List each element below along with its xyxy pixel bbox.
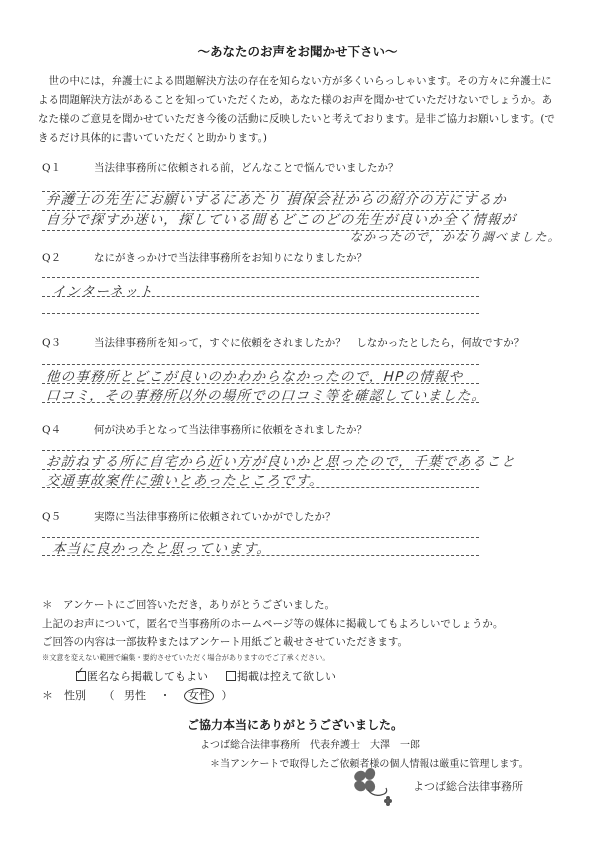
handwritten-answer-q1-line3: なかったので，かなり調べました。 (349, 228, 561, 245)
question-text: 当法律事務所を知って，すぐに依頼をされましたか？ しなかったとしたら，何故ですか… (94, 337, 524, 349)
checkmark-icon: ✓ (76, 666, 84, 677)
question-text: 実際に当法律事務所に依頼されていかがでしたか？ (94, 511, 336, 523)
checkbox-unchecked[interactable] (226, 671, 236, 681)
question-4: Q４何が決め手となって当法律事務所に依頼をされましたか？ (42, 422, 367, 437)
question-number: Q３ (42, 335, 94, 350)
handwritten-answer-q3-line1: 他の事務所とどこが良いのかわからなかったので，HPの情報や (45, 365, 464, 385)
question-number: Q５ (42, 509, 94, 524)
question-5: Q５実際に当法律事務所に依頼されていかがでしたか？ (42, 509, 336, 524)
question-1: Q１当法律事務所に依頼される前，どんなことで悩んでいましたか？ (42, 160, 399, 175)
handwritten-answer-q1-line2: 自分で探すか迷い，探している間もどこのどの先生が良いか全く情報が (45, 208, 517, 228)
gender-option-female-circled[interactable]: 女性 (184, 688, 214, 704)
question-text: 当法律事務所に依頼される前，どんなことで悩んでいましたか？ (94, 162, 399, 174)
answer-line (42, 313, 479, 314)
publish-option-anonymous[interactable]: ✓匿名なら掲載してもよい (76, 668, 208, 684)
handwritten-answer-q4-line1: お訪ねする所に自宅から近い方が良いかと思ったので，千葉であること (45, 450, 517, 470)
handwritten-answer-q4-line2: 交通事故案件に強いとあったところです。 (45, 469, 324, 489)
handwritten-answer-q5: 本当に良かったと思っています。 (51, 537, 272, 557)
option-label: 匿名なら掲載してもよい (87, 670, 208, 683)
publish-question: 上記のお声について，匿名で当事務所のホームページ等の媒体に掲載してもよろしいでし… (42, 616, 503, 631)
checkbox-checked[interactable]: ✓ (76, 671, 86, 681)
question-number: Q４ (42, 422, 94, 437)
question-2: Q２なにがきっかけで当法律事務所をお知りになりましたか？ (42, 250, 367, 265)
intro-text: 世の中には，弁護士による問題解決方法の存在を知らない方が多くいらっしゃいます。そ… (38, 72, 558, 148)
intro-paragraph: 世の中には，弁護士による問題解決方法の存在を知らない方が多くいらっしゃいます。そ… (38, 72, 558, 148)
question-text: なにがきっかけで当法律事務所をお知りになりましたか？ (94, 252, 367, 264)
question-number: Q１ (42, 160, 94, 175)
edit-note: ※文意を変えない範囲で編集・要約させていただく場合がありますのでご了承ください。 (42, 653, 330, 663)
question-number: Q２ (42, 250, 94, 265)
publish-option-decline[interactable]: 掲載は控えて欲しい (226, 668, 336, 684)
handwritten-answer-q1-line1: 弁護士の先生にお願いするにあたり 損保会社からの紹介の方にするか (45, 188, 508, 208)
page-title: ～あなたのお声をお聞かせ下さい～ (0, 42, 595, 60)
gender-close-paren: ） (222, 689, 233, 702)
gender-field: ＊ 性別 （ 男性 ・ 女性 ） (42, 687, 233, 704)
four-leaf-clover-icon (352, 768, 402, 808)
question-text: 何が決め手となって当法律事務所に依頼をされましたか？ (94, 424, 367, 436)
firm-logo-text: よつば総合法律事務所 (413, 778, 523, 794)
publish-detail: ご回答の内容は一部抜粋またはアンケート用紙ごと載せさせていただきます。 (42, 634, 408, 649)
gender-open-paren: （ (104, 689, 115, 702)
gender-separator: ・ (160, 689, 171, 702)
option-label: 掲載は控えて欲しい (237, 670, 336, 683)
question-3: Q３当法律事務所を知って，すぐに依頼をされましたか？ しなかったとしたら，何故で… (42, 335, 524, 350)
gender-label: ＊ 性別 (42, 689, 86, 702)
handwritten-answer-q3-line2: 口コミ，その事務所以外の場所での口コミ等を確認していました。 (45, 384, 487, 404)
gender-option-male[interactable]: 男性 (124, 689, 146, 702)
firm-representative: よつば総合法律事務所 代表弁護士 大澤 一郎 (200, 736, 420, 751)
footer-thanks: ご協力本当にありがとうございました。 (187, 716, 403, 733)
handwritten-answer-q2: インターネット (51, 280, 154, 300)
thanks-note: ＊ アンケートにご回答いただき，ありがとうございました。 (42, 597, 335, 612)
answer-line (42, 277, 479, 278)
